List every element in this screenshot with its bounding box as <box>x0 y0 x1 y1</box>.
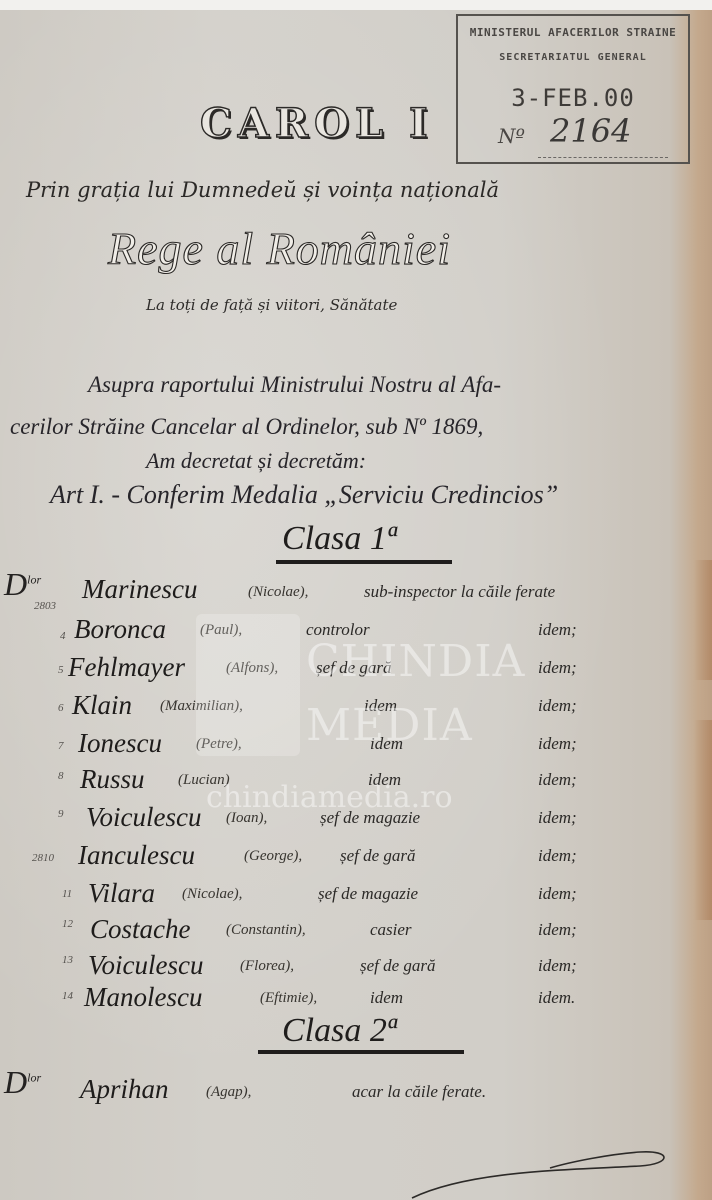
list-item: 6 Klain (Maximilian), idem idem; <box>0 688 712 724</box>
page-top-edge <box>0 0 712 10</box>
list-item: 7 Ionescu (Petre), idem idem; <box>0 726 712 762</box>
role: controlor <box>306 620 370 640</box>
role: casier <box>370 920 412 940</box>
list-item: 11 Vilara (Nicolae), șef de magazie idem… <box>0 876 712 912</box>
preamble-line-2: cerilor Străine Cancelar al Ordinelor, s… <box>10 414 483 440</box>
role: idem <box>370 734 403 754</box>
place: idem. <box>538 988 575 1008</box>
role: idem <box>364 696 397 716</box>
list-item: Aprihan (Agap), acar la căile ferate. <box>0 1074 712 1110</box>
signature-flourish <box>410 1150 670 1200</box>
surname: Fehlmayer <box>68 652 185 683</box>
place: idem; <box>538 808 577 828</box>
list-item: 2803 Marinescu (Nicolae), sub-inspector … <box>0 574 712 610</box>
role: sub-inspector la căile ferate <box>364 582 555 602</box>
clasa-1-heading: Clasa 1ª <box>282 520 396 558</box>
clasa-2-rule <box>258 1050 464 1054</box>
role: acar la căile ferate. <box>352 1082 486 1102</box>
article-1: Art I. - Conferim Medalia „Serviciu Cred… <box>50 480 558 510</box>
list-item: 8 Russu (Lucian) idem idem; <box>0 762 712 798</box>
stamp-ministry: MINISTERUL AFACERILOR STRAINE <box>458 26 688 39</box>
given-name: (Lucian) <box>178 772 230 789</box>
surname: Vilara <box>88 878 155 909</box>
surname: Marinescu <box>82 574 197 605</box>
margin-number: 8 <box>58 770 64 782</box>
margin-number: 5 <box>58 664 64 676</box>
place: idem; <box>538 734 577 754</box>
surname: Voiculescu <box>86 802 201 833</box>
preamble-line-3: Am decretat și decretăm: <box>146 448 366 474</box>
place: idem; <box>538 956 577 976</box>
preamble-line-1: Asupra raportului Ministrului Nostru al … <box>88 372 501 398</box>
stamp-department: SECRETARIATUL GENERAL <box>458 52 688 63</box>
list-item: 14 Manolescu (Eftimie), idem idem. <box>0 980 712 1016</box>
role: șef de gară <box>340 846 416 866</box>
given-name: (Constantin), <box>226 922 306 939</box>
watermark-logo <box>196 614 300 756</box>
list-item: 9 Voiculescu (Ioan), șef de magazie idem… <box>0 800 712 836</box>
list-item: 5 Fehlmayer (Alfons), șef de gară idem; <box>0 650 712 686</box>
place: idem; <box>538 696 577 716</box>
margin-number: 12 <box>62 918 73 930</box>
document-page: MINISTERUL AFACERILOR STRAINE SECRETARIA… <box>0 0 712 1200</box>
margin-number: 14 <box>62 990 73 1002</box>
surname: Aprihan <box>80 1074 169 1105</box>
surname: Costache <box>90 914 191 945</box>
list-item: 13 Voiculescu (Florea), șef de gară idem… <box>0 948 712 984</box>
given-name: (Florea), <box>240 958 294 975</box>
margin-number: 2803 <box>34 600 56 612</box>
page-title: CAROL I <box>0 100 712 147</box>
surname: Ionescu <box>78 728 162 759</box>
margin-number: 13 <box>62 954 73 966</box>
role: idem <box>368 770 401 790</box>
surname: Manolescu <box>84 982 202 1013</box>
place: idem; <box>538 620 577 640</box>
stamp-underline <box>538 157 668 158</box>
given-name: (Nicolae), <box>248 584 308 601</box>
role: șef de magazie <box>320 808 420 828</box>
given-name: (Nicolae), <box>182 886 242 903</box>
given-name: (Agap), <box>206 1084 251 1101</box>
margin-number: 6 <box>58 702 64 714</box>
surname: Klain <box>72 690 132 721</box>
place: idem; <box>538 846 577 866</box>
grace-line: Prin grația lui Dumnedeŭ și voința națio… <box>26 178 499 202</box>
surname: Russu <box>80 764 145 795</box>
role: șef de gară <box>316 658 392 678</box>
place: idem; <box>538 658 577 678</box>
margin-number: 7 <box>58 740 64 752</box>
role: șef de magazie <box>318 884 418 904</box>
margin-number: 9 <box>58 808 64 820</box>
surname: Voiculescu <box>88 950 203 981</box>
clasa-1-rule <box>276 560 452 564</box>
role: șef de gară <box>360 956 436 976</box>
margin-number: 2810 <box>32 852 54 864</box>
place: idem; <box>538 920 577 940</box>
given-name: (Eftimie), <box>260 990 317 1007</box>
salutation: La toți de față și viitori, Sănătate <box>146 296 397 314</box>
list-item: 2810 Ianculescu (George), șef de gară id… <box>0 838 712 874</box>
king-title: Rege al României <box>108 222 451 275</box>
place: idem; <box>538 884 577 904</box>
list-item: 12 Costache (Constantin), casier idem; <box>0 912 712 948</box>
margin-number: 4 <box>60 630 66 642</box>
list-item: 4 Boronca (Paul), controlor idem; <box>0 612 712 648</box>
given-name: (George), <box>244 848 302 865</box>
role: idem <box>370 988 403 1008</box>
surname: Boronca <box>74 614 166 645</box>
place: idem; <box>538 770 577 790</box>
clasa-2-heading: Clasa 2ª <box>282 1012 396 1050</box>
margin-number: 11 <box>62 888 72 900</box>
surname: Ianculescu <box>78 840 195 871</box>
given-name: (Ioan), <box>226 810 267 827</box>
